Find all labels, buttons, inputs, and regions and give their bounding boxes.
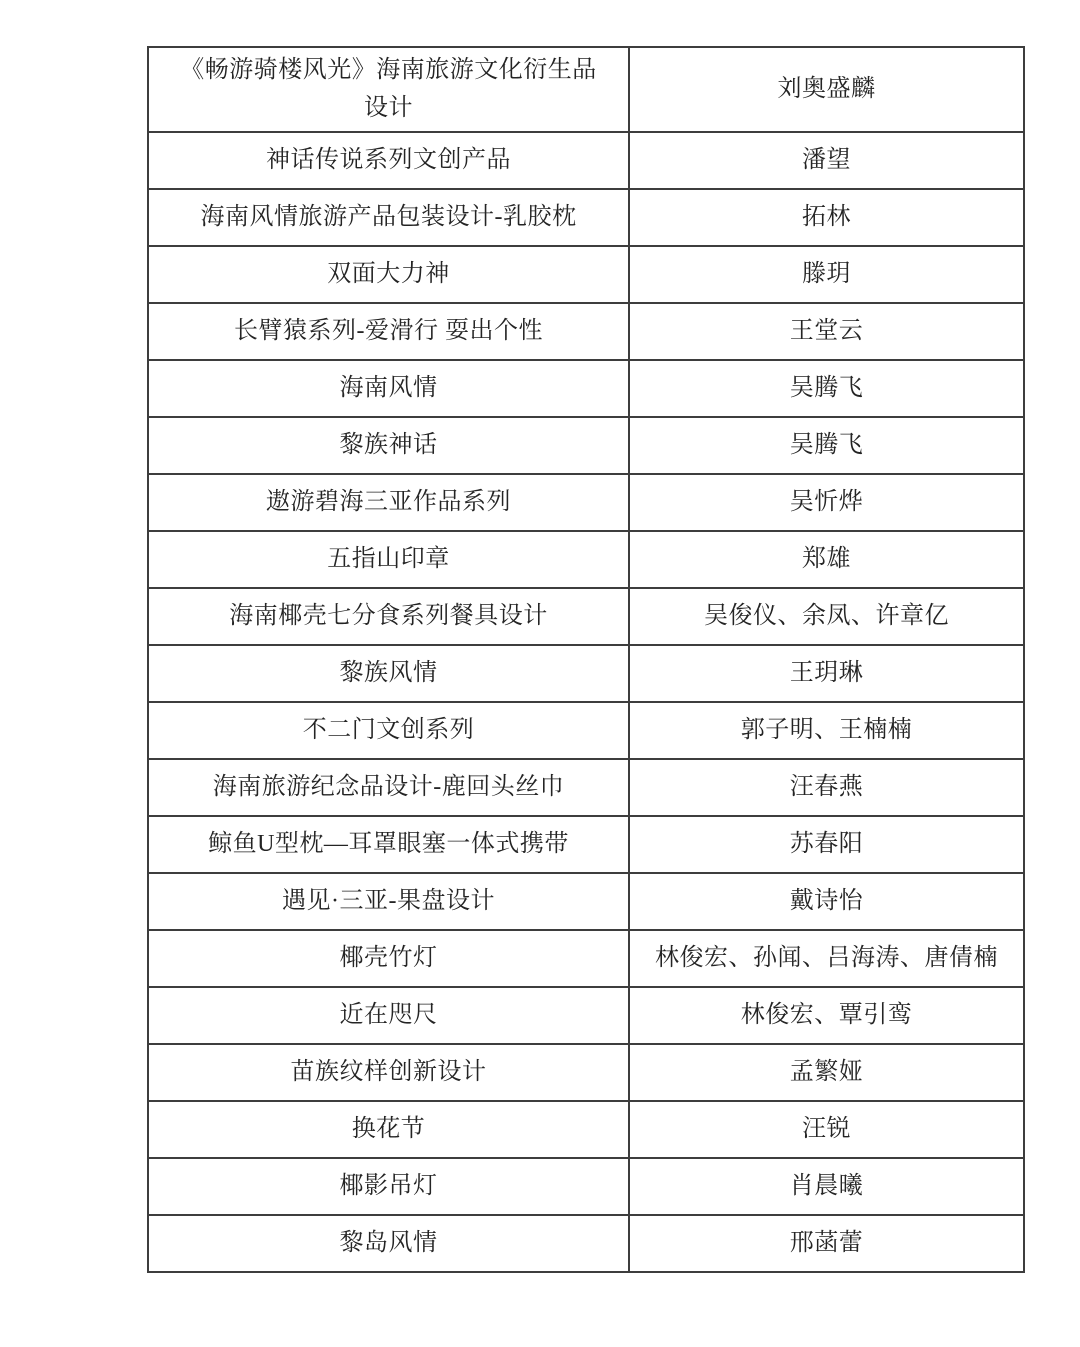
table-row: 近在咫尺 林俊宏、覃引鸾 <box>148 987 1024 1044</box>
table-row: 海南椰壳七分食系列餐具设计 吴俊仪、余凤、许章亿 <box>148 588 1024 645</box>
work-title-cell: 不二门文创系列 <box>148 702 629 759</box>
work-title-cell: 《畅游骑楼风光》海南旅游文化衍生品设计 <box>148 47 629 132</box>
work-title-cell: 鲸鱼U型枕—耳罩眼塞一体式携带 <box>148 816 629 873</box>
table-row: 黎族风情 王玥琳 <box>148 645 1024 702</box>
author-name-cell: 林俊宏、孙闻、吕海涛、唐倩楠 <box>629 930 1024 987</box>
work-title-cell: 黎岛风情 <box>148 1215 629 1272</box>
work-title-cell: 海南椰壳七分食系列餐具设计 <box>148 588 629 645</box>
table-row: 《畅游骑楼风光》海南旅游文化衍生品设计 刘奥盛麟 <box>148 47 1024 132</box>
table-row: 黎族神话 吴腾飞 <box>148 417 1024 474</box>
author-name-cell: 汪春燕 <box>629 759 1024 816</box>
work-title-cell: 黎族神话 <box>148 417 629 474</box>
author-name-cell: 郭子明、王楠楠 <box>629 702 1024 759</box>
author-name-cell: 肖晨曦 <box>629 1158 1024 1215</box>
awards-table-body: 《畅游骑楼风光》海南旅游文化衍生品设计 刘奥盛麟 神话传说系列文创产品 潘望 海… <box>148 47 1024 1272</box>
work-title-cell: 神话传说系列文创产品 <box>148 132 629 189</box>
work-title-cell: 海南旅游纪念品设计-鹿回头丝巾 <box>148 759 629 816</box>
author-name-cell: 戴诗怡 <box>629 873 1024 930</box>
author-name-cell: 郑雄 <box>629 531 1024 588</box>
work-title-cell: 换花节 <box>148 1101 629 1158</box>
work-title-cell: 遇见·三亚-果盘设计 <box>148 873 629 930</box>
table-row: 遇见·三亚-果盘设计 戴诗怡 <box>148 873 1024 930</box>
work-title-cell: 近在咫尺 <box>148 987 629 1044</box>
author-name-cell: 王堂云 <box>629 303 1024 360</box>
author-name-cell: 滕玥 <box>629 246 1024 303</box>
table-row: 双面大力神 滕玥 <box>148 246 1024 303</box>
table-row: 神话传说系列文创产品 潘望 <box>148 132 1024 189</box>
table-row: 椰壳竹灯 林俊宏、孙闻、吕海涛、唐倩楠 <box>148 930 1024 987</box>
author-name-cell: 吴腾飞 <box>629 360 1024 417</box>
work-title-cell: 椰影吊灯 <box>148 1158 629 1215</box>
author-name-cell: 拓林 <box>629 189 1024 246</box>
work-title-cell: 遨游碧海三亚作品系列 <box>148 474 629 531</box>
author-name-cell: 邢菡蕾 <box>629 1215 1024 1272</box>
table-row: 海南风情 吴腾飞 <box>148 360 1024 417</box>
work-title-cell: 黎族风情 <box>148 645 629 702</box>
work-title-cell: 苗族纹样创新设计 <box>148 1044 629 1101</box>
author-name-cell: 刘奥盛麟 <box>629 47 1024 132</box>
table-row: 换花节 汪锐 <box>148 1101 1024 1158</box>
table-row: 鲸鱼U型枕—耳罩眼塞一体式携带 苏春阳 <box>148 816 1024 873</box>
table-row: 海南旅游纪念品设计-鹿回头丝巾 汪春燕 <box>148 759 1024 816</box>
author-name-cell: 吴俊仪、余凤、许章亿 <box>629 588 1024 645</box>
work-title-cell: 椰壳竹灯 <box>148 930 629 987</box>
author-name-cell: 林俊宏、覃引鸾 <box>629 987 1024 1044</box>
table-row: 黎岛风情 邢菡蕾 <box>148 1215 1024 1272</box>
author-name-cell: 吴忻烨 <box>629 474 1024 531</box>
work-title-cell: 五指山印章 <box>148 531 629 588</box>
table-row: 苗族纹样创新设计 孟繁娅 <box>148 1044 1024 1101</box>
author-name-cell: 吴腾飞 <box>629 417 1024 474</box>
work-title-cell: 海南风情 <box>148 360 629 417</box>
work-title-cell: 双面大力神 <box>148 246 629 303</box>
work-title-cell: 长臂猿系列-爱滑行 耍出个性 <box>148 303 629 360</box>
author-name-cell: 孟繁娅 <box>629 1044 1024 1101</box>
work-title-cell: 海南风情旅游产品包装设计-乳胶枕 <box>148 189 629 246</box>
table-row: 不二门文创系列 郭子明、王楠楠 <box>148 702 1024 759</box>
author-name-cell: 汪锐 <box>629 1101 1024 1158</box>
table-row: 五指山印章 郑雄 <box>148 531 1024 588</box>
table-row: 长臂猿系列-爱滑行 耍出个性 王堂云 <box>148 303 1024 360</box>
table-row: 遨游碧海三亚作品系列 吴忻烨 <box>148 474 1024 531</box>
author-name-cell: 王玥琳 <box>629 645 1024 702</box>
table-row: 海南风情旅游产品包装设计-乳胶枕 拓林 <box>148 189 1024 246</box>
table-row: 椰影吊灯 肖晨曦 <box>148 1158 1024 1215</box>
author-name-cell: 苏春阳 <box>629 816 1024 873</box>
author-name-cell: 潘望 <box>629 132 1024 189</box>
awards-table: 《畅游骑楼风光》海南旅游文化衍生品设计 刘奥盛麟 神话传说系列文创产品 潘望 海… <box>147 46 1025 1273</box>
document-page: 《畅游骑楼风光》海南旅游文化衍生品设计 刘奥盛麟 神话传说系列文创产品 潘望 海… <box>0 0 1080 1347</box>
